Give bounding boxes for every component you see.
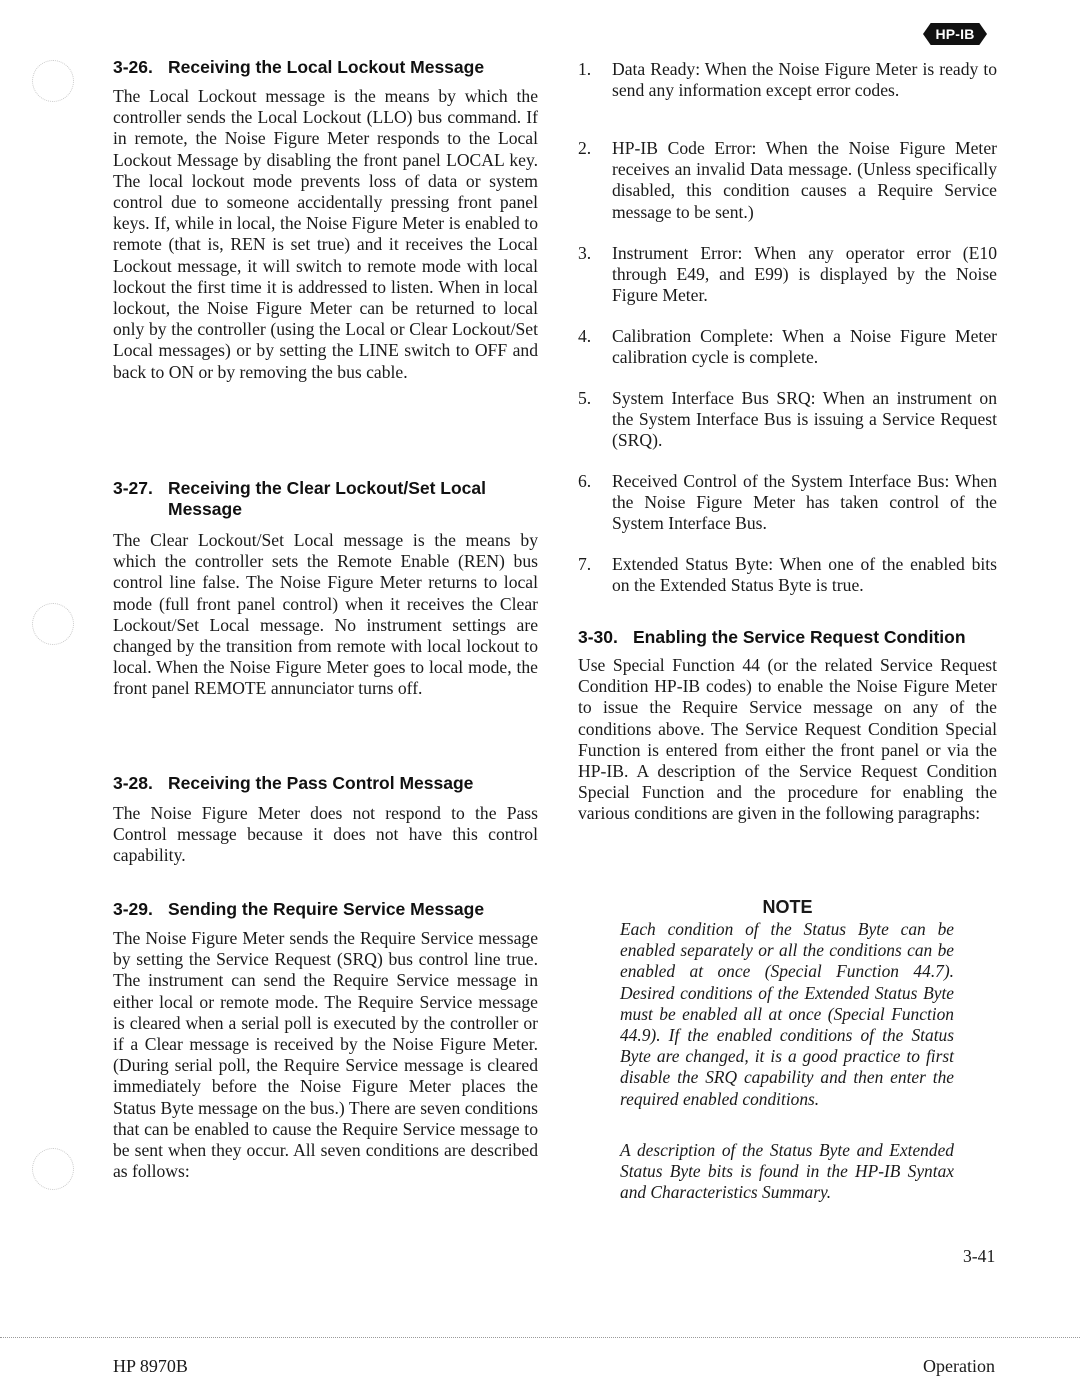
punch-hole-mark	[32, 60, 74, 102]
hp-ib-badge: HP-IB	[923, 23, 987, 45]
condition-item-1: 1. Data Ready: When the Noise Figure Met…	[578, 59, 997, 101]
footer-divider	[0, 1337, 1080, 1338]
condition-item-6: 6. Received Control of the System Interf…	[578, 471, 997, 535]
note-paragraph-1: Each condition of the Status Byte can be…	[620, 919, 954, 1110]
section-heading-3-30: 3-30.Enabling the Service Request Condit…	[578, 627, 966, 648]
condition-item-5: 5. System Interface Bus SRQ: When an ins…	[578, 388, 997, 452]
note-paragraph-2: A description of the Status Byte and Ext…	[620, 1140, 954, 1204]
note-title: NOTE	[578, 896, 997, 918]
condition-item-7: 7. Extended Status Byte: When one of the…	[578, 554, 997, 596]
footer-model: HP 8970B	[113, 1356, 188, 1377]
condition-item-4: 4. Calibration Complete: When a Noise Fi…	[578, 326, 997, 368]
page-number: 3-41	[963, 1246, 995, 1267]
section-body-3-26: The Local Lockout message is the means b…	[113, 86, 538, 383]
condition-item-2: 2. HP-IB Code Error: When the Noise Figu…	[578, 138, 997, 223]
section-heading-3-28: 3-28.Receiving the Pass Control Message	[113, 773, 473, 794]
section-heading-3-26: 3-26.Receiving the Local Lockout Message	[113, 57, 484, 78]
condition-item-3: 3. Instrument Error: When any operator e…	[578, 243, 997, 307]
section-heading-3-27: 3-27.Receiving the Clear Lockout/Set Loc…	[113, 478, 538, 520]
section-body-3-28: The Noise Figure Meter does not respond …	[113, 803, 538, 867]
section-body-3-30: Use Special Function 44 (or the related …	[578, 655, 997, 825]
section-body-3-27: The Clear Lockout/Set Local message is t…	[113, 530, 538, 700]
punch-hole-mark	[32, 603, 74, 645]
punch-hole-mark	[32, 1148, 74, 1190]
section-heading-3-29: 3-29.Sending the Require Service Message	[113, 899, 484, 920]
footer-chapter: Operation	[923, 1356, 995, 1377]
section-body-3-29: The Noise Figure Meter sends the Require…	[113, 928, 538, 1182]
